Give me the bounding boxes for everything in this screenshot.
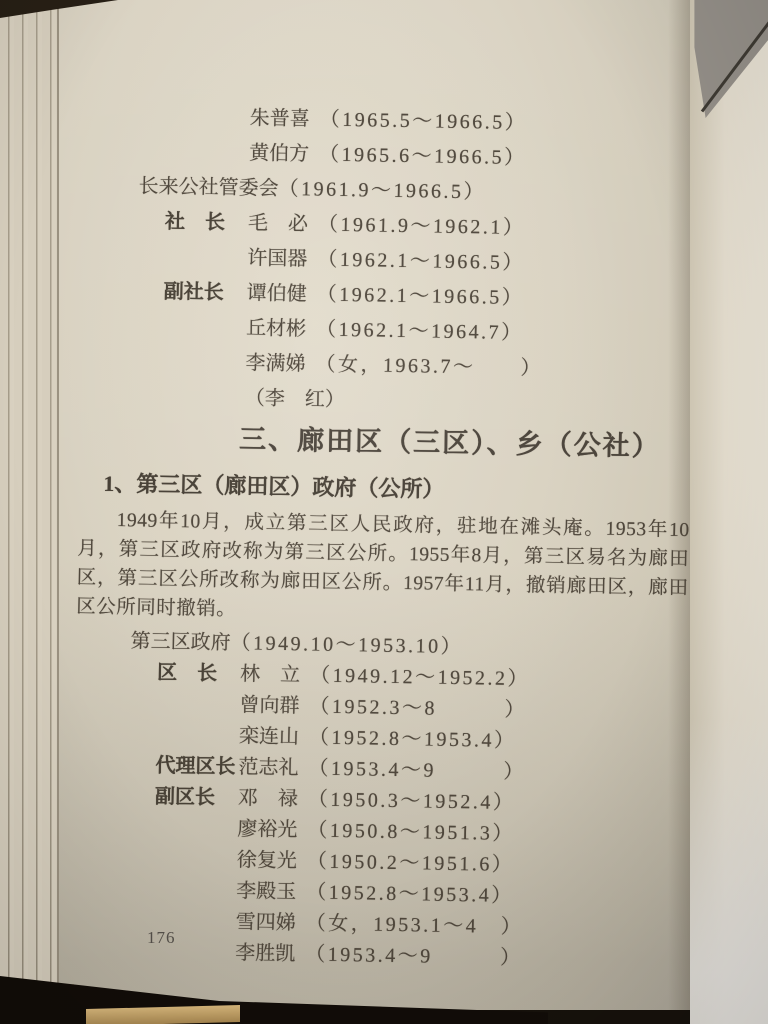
term-dates: （1952.8～1953.4）	[306, 881, 514, 907]
term-dates: （1952.8～1953.4）	[309, 726, 517, 752]
term-dates: （1952.3～8 ）	[309, 695, 527, 721]
position-label	[154, 848, 237, 871]
term-dates: （1965.6～1966.5）	[319, 144, 527, 170]
person-name: （李 红）	[245, 387, 345, 411]
position-label	[154, 817, 237, 840]
page-content: 朱普喜 （1965.5～1966.5） 黄伯方 （1965.6～1966.5） …	[45, 104, 708, 981]
person-name: 廖裕光	[237, 818, 307, 841]
official-row: 区 长 林 立 （1949.12～1952.2）	[50, 660, 698, 693]
official-row: 廖裕光 （1950.8～1951.3）	[47, 815, 695, 848]
term-dates: （1950.2～1951.6）	[307, 850, 515, 876]
official-row: 丘材彬 （1962.1～1964.7）	[56, 314, 704, 347]
term-dates: （女，1953.1～4 ）	[306, 912, 524, 938]
person-name: 李殿玉	[236, 880, 306, 903]
person-name: 李胜凯	[235, 942, 305, 965]
page-number: 176	[147, 928, 176, 948]
official-row: 雪四娣 （女，1953.1～4 ）	[46, 908, 694, 941]
term-dates: （1950.3～1952.4）	[308, 788, 516, 814]
official-row: 徐复光 （1950.2～1951.6）	[47, 846, 695, 879]
position-label	[153, 879, 236, 902]
official-row: 社 长 毛 必 （1961.9～1962.1）	[58, 209, 706, 242]
person-name: 曾向群	[239, 694, 309, 717]
term-dates: （1965.5～1966.5）	[320, 109, 528, 135]
official-row: 栾连山 （1952.8～1953.4）	[49, 722, 697, 755]
official-row: 李殿玉 （1952.8～1953.4）	[46, 877, 694, 910]
position-label: 副区长	[155, 786, 238, 809]
term-dates: （1953.4～9 ）	[305, 943, 523, 969]
position-label	[156, 693, 239, 716]
term-dates: （1949.10～1953.10）	[230, 632, 463, 658]
person-name: 长来公社管委会	[138, 175, 278, 199]
position-label	[162, 386, 245, 409]
wood-edge	[86, 1005, 240, 1024]
person-name: 范志礼	[238, 756, 308, 779]
person-name: 邓 禄	[238, 787, 308, 810]
official-row: （李 红）	[55, 384, 703, 417]
position-label	[163, 316, 246, 339]
position-label: 社 长	[165, 211, 248, 234]
term-dates: （1961.9～1962.1）	[318, 214, 526, 240]
position-label	[162, 351, 245, 374]
official-row: 李满娣 （女，1963.7～ ）	[55, 349, 703, 382]
person-name: 丘材彬	[246, 317, 316, 340]
person-name: 第三区政府	[130, 630, 230, 654]
official-row: 曾向群 （1952.3～8 ）	[49, 691, 697, 724]
position-label: 区 长	[157, 662, 240, 685]
person-name: 谭伯健	[247, 282, 317, 305]
person-name: 徐复光	[237, 849, 307, 872]
person-name: 李满娣	[245, 352, 315, 375]
official-row: 副区长 邓 禄 （1950.3～1952.4）	[48, 784, 696, 817]
position-label	[156, 724, 239, 747]
position-label	[164, 246, 247, 269]
term-dates: （1962.1～1964.7）	[316, 319, 524, 345]
official-row: 副社长 谭伯健 （1962.1～1966.5）	[57, 279, 705, 312]
person-name: 黄伯方	[249, 142, 319, 165]
position-label: 副社长	[164, 281, 247, 304]
position-label	[167, 106, 250, 129]
book-photo: 朱普喜 （1965.5～1966.5） 黄伯方 （1965.6～1966.5） …	[0, 0, 768, 1024]
section-heading: 三、廊田区（三区）、乡（公社）	[54, 419, 702, 464]
term-dates: （1953.4～9 ）	[308, 757, 526, 783]
official-row: 长来公社管委会 （1961.9～1966.5）	[58, 174, 706, 207]
official-row: 黄伯方 （1965.6～1966.5）	[59, 139, 707, 172]
position-label: 代理区长	[155, 755, 238, 778]
officials-list-previous-section: 朱普喜 （1965.5～1966.5） 黄伯方 （1965.6～1966.5） …	[55, 104, 708, 417]
person-name: 许国器	[247, 247, 317, 270]
term-dates: （1962.1～1966.5）	[317, 249, 525, 275]
term-dates: （1962.1～1966.5）	[317, 284, 525, 310]
official-row: 李胜凯 （1953.4～9 ）	[45, 939, 693, 972]
term-dates: （1950.8～1951.3）	[307, 819, 515, 845]
person-name: 雪四娣	[236, 911, 306, 934]
official-row: 许国器 （1962.1～1966.5）	[57, 244, 705, 277]
person-name: 朱普喜	[250, 107, 320, 130]
subsection-heading: 1、第三区（廊田区）政府（公所）	[53, 470, 701, 507]
position-label	[166, 141, 249, 164]
intro-paragraph: 1949年10月，成立第三区人民政府，驻地在滩头庵。1953年10月，第三区政府…	[51, 505, 690, 632]
officials-list-third-district: 第三区政府 （1949.10～1953.10） 区 长 林 立 （1949.12…	[45, 629, 699, 972]
person-name: 林 立	[240, 663, 310, 686]
official-row: 代理区长 范志礼 （1953.4～9 ）	[48, 753, 696, 786]
term-dates: （1949.12～1952.2）	[310, 664, 530, 690]
person-name: 栾连山	[239, 725, 309, 748]
person-name: 毛 必	[248, 212, 318, 235]
term-dates: （1961.9～1966.5）	[278, 178, 486, 204]
term-dates: （女，1963.7～ ）	[315, 354, 543, 380]
